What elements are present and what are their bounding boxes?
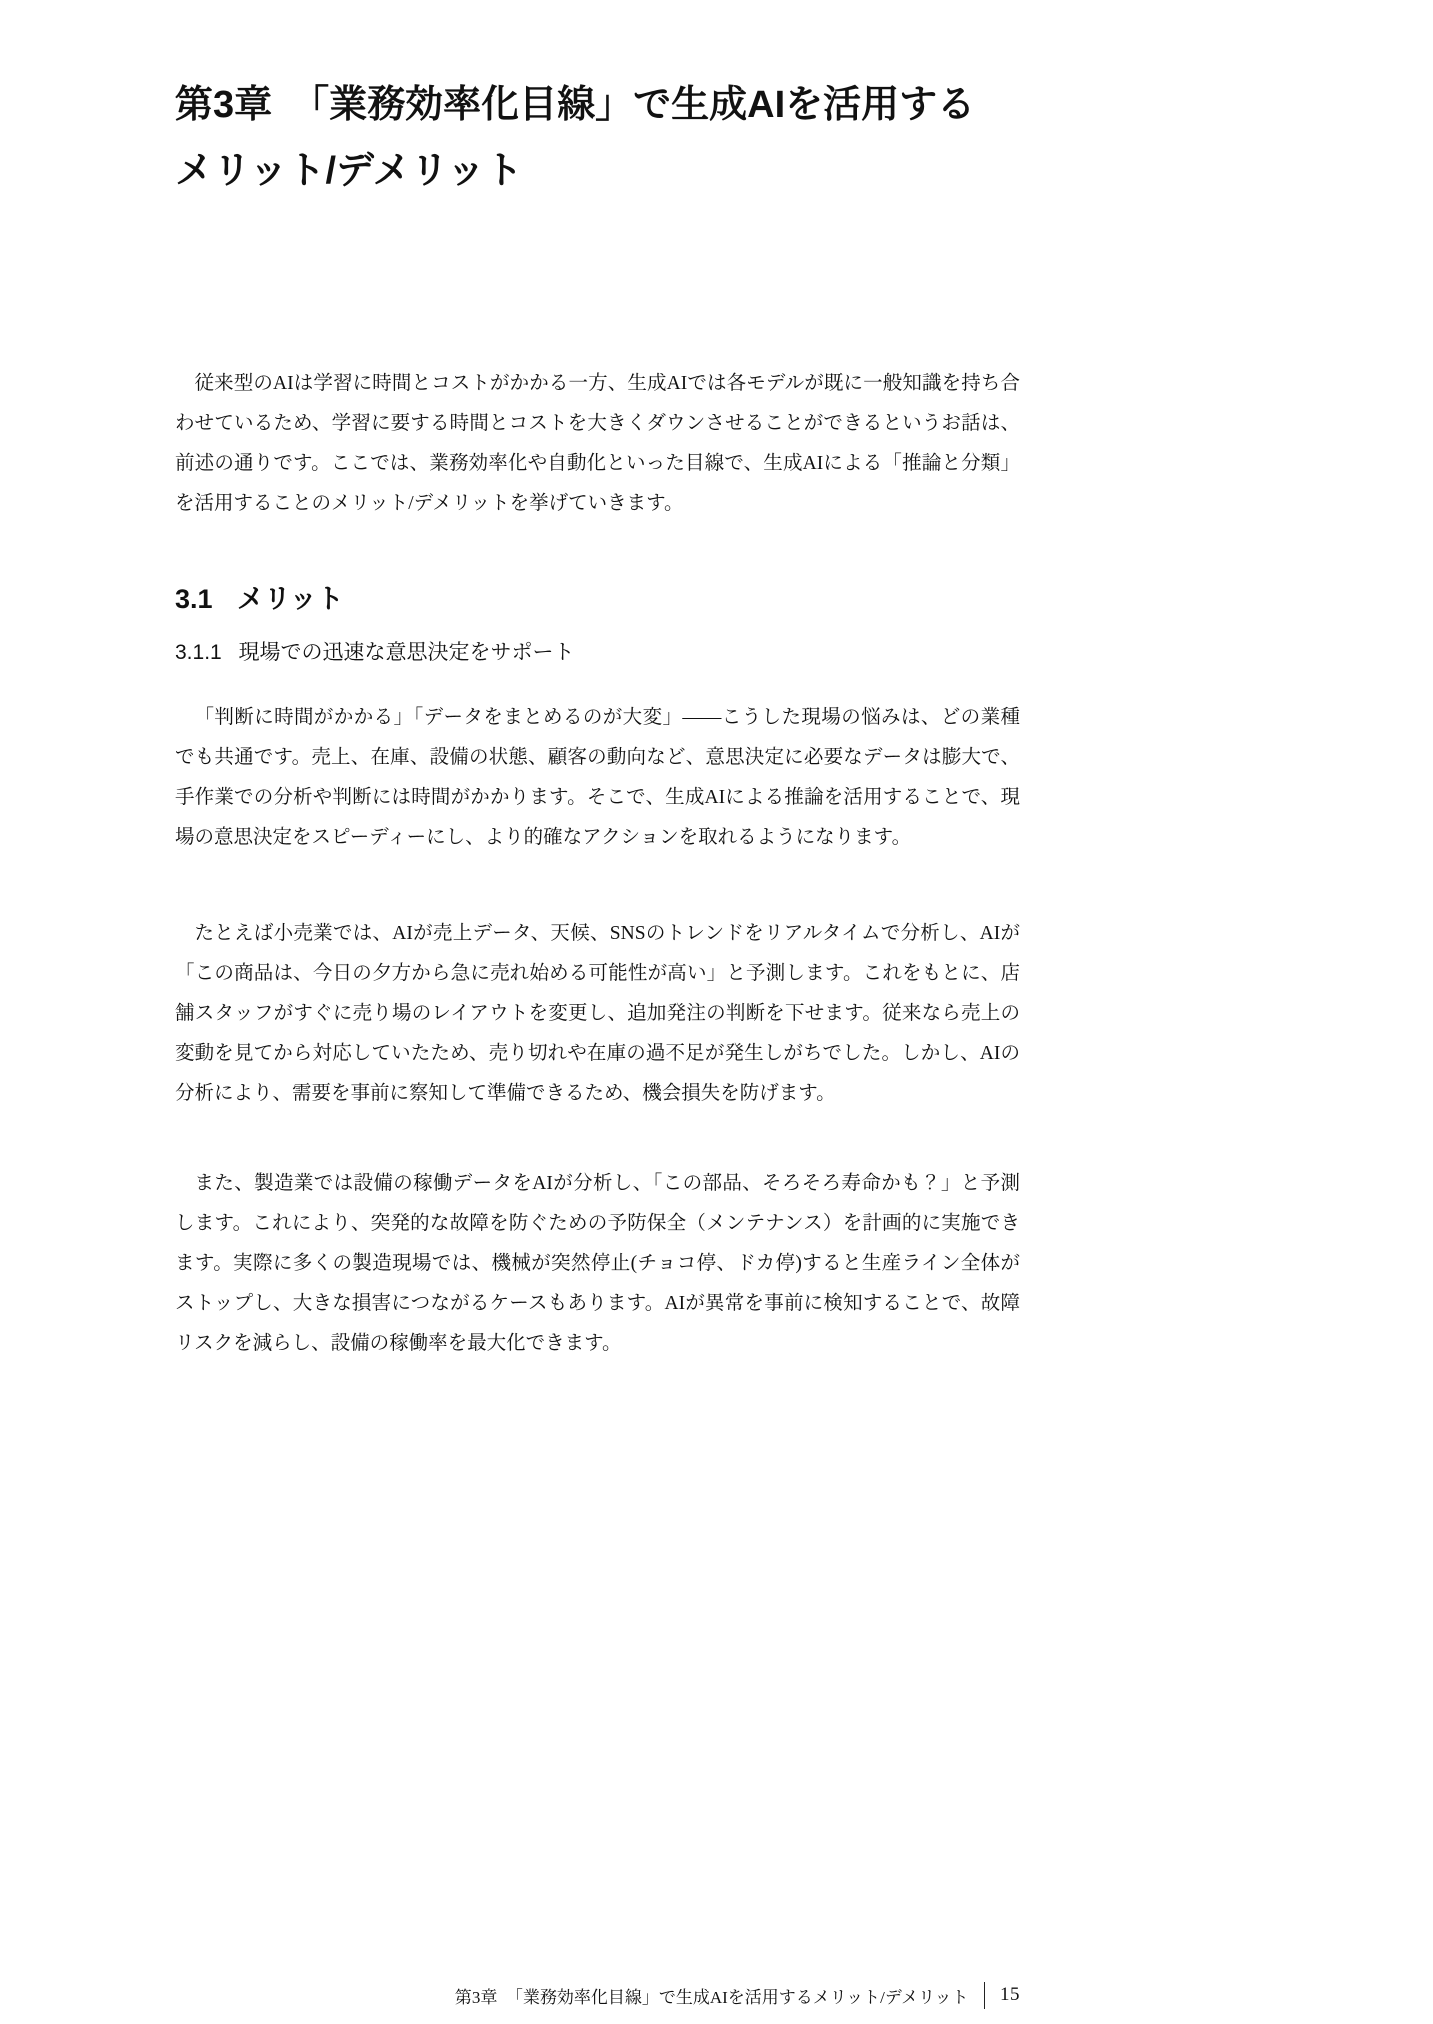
section-heading: 3.1メリット <box>175 580 1020 618</box>
page-number: 15 <box>1000 1984 1020 2006</box>
document-page: 第3章 「業務効率化目線」で生成AIを活用する メリット/デメリット 従来型のA… <box>0 0 1433 2024</box>
footer-divider <box>984 1982 986 2009</box>
subsection-heading: 3.1.1現場での迅速な意思決定をサポート <box>175 638 1020 668</box>
chapter-title: 第3章 「業務効率化目線」で生成AIを活用する メリット/デメリット <box>175 72 1020 204</box>
intro-paragraph: 従来型のAIは学習に時間とコストがかかる一方、生成AIでは各モデルが既に一般知識… <box>175 364 1020 524</box>
page-content: 第3章 「業務効率化目線」で生成AIを活用する メリット/デメリット 従来型のA… <box>175 0 1020 1364</box>
chapter-title-line1: 第3章 「業務効率化目線」で生成AIを活用する <box>175 72 1020 138</box>
paragraph-manufacturing-example: また、製造業では設備の稼働データをAIが分析し、「この部品、そろそろ寿命かも？」… <box>175 1164 1020 1364</box>
section-title: メリット <box>237 584 344 614</box>
section-number: 3.1 <box>175 584 213 614</box>
paragraph-retail-example: たとえば小売業では、AIが売上データ、天候、SNSのトレンドをリアルタイムで分析… <box>175 914 1020 1114</box>
subsection-number: 3.1.1 <box>175 641 222 664</box>
footer-chapter-title: 第3章 「業務効率化目線」で生成AIを活用するメリット/デメリット <box>455 1983 969 2008</box>
page-footer: 第3章 「業務効率化目線」で生成AIを活用するメリット/デメリット 15 <box>175 1975 1020 2015</box>
chapter-title-line2: メリット/デメリット <box>175 138 1020 204</box>
subsection-title: 現場での迅速な意思決定をサポート <box>239 641 575 664</box>
paragraph-decision-support: 「判断に時間がかかる」「データをまとめるのが大変」——こうした現場の悩みは、どの… <box>175 698 1020 858</box>
